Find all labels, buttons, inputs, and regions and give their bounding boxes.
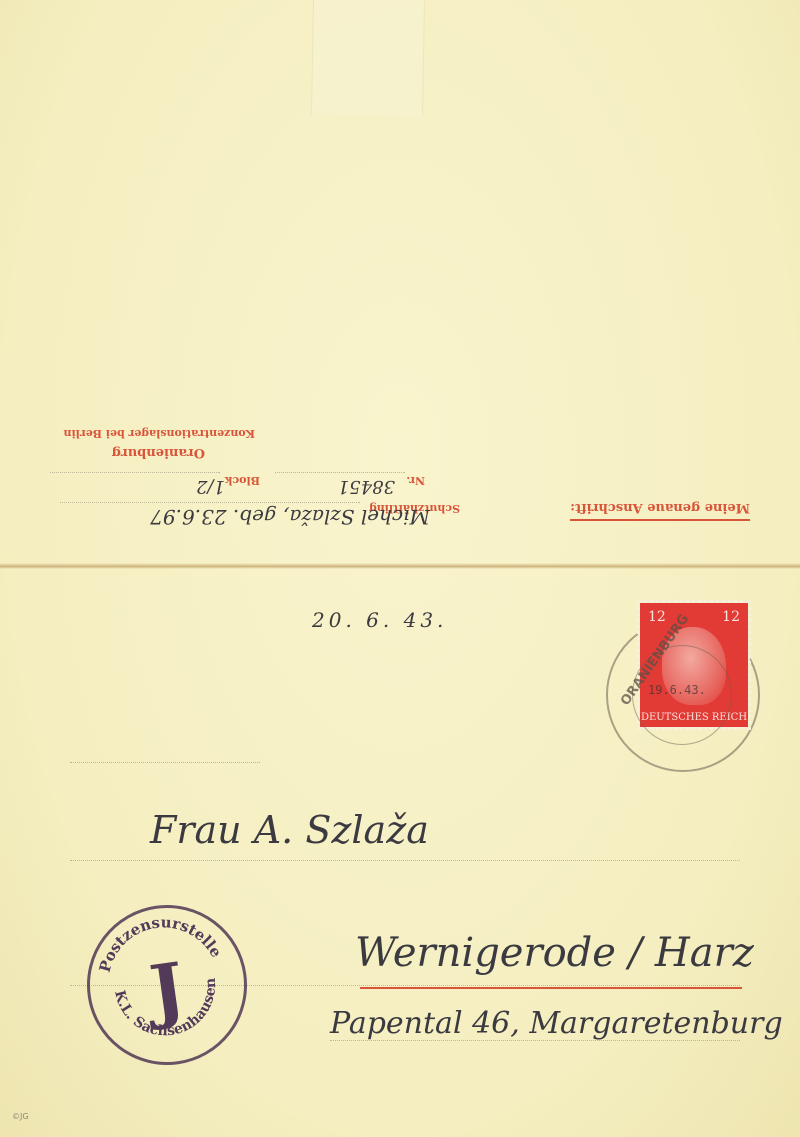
stamp-denomination-right: 12 <box>722 609 740 625</box>
stamp-denomination-left: 12 <box>648 609 666 625</box>
postcard: Meine genaue Anschrift: Schutzhäftling M… <box>0 0 800 1137</box>
address-line-1 <box>70 762 260 763</box>
address-label: Meine genaue Anschrift: <box>570 500 750 515</box>
block-label: Block <box>225 474 260 487</box>
copyright-mark: ©JG <box>12 1112 29 1121</box>
fold-crease <box>0 563 800 569</box>
censor-stamp: Postzensurstelle K.L. Sachsenhausen J <box>77 895 258 1076</box>
return-address-section: Meine genaue Anschrift: Schutzhäftling M… <box>0 0 800 563</box>
message-date: 20. 6. 43. <box>312 608 447 632</box>
prisoner-number: 38451 <box>338 476 395 497</box>
postmark-date: 19.6.43. <box>648 683 706 697</box>
block-line <box>50 472 220 473</box>
recipient-street: Papental 46, Margaretenburg <box>330 1006 783 1041</box>
prisoner-name: Michel Szlaža, geb. 23.6.97 <box>150 505 430 529</box>
address-label-rule <box>570 519 750 521</box>
number-label: Nr. <box>406 474 425 487</box>
address-line-2 <box>70 860 740 861</box>
number-line <box>275 472 405 473</box>
block-number: 1/2 <box>196 476 225 497</box>
camp-descriptor: Konzentrationslager bei Berlin <box>64 427 255 440</box>
camp-name: Oranienburg <box>112 445 205 460</box>
prisoner-line <box>60 502 360 503</box>
recipient-city: Wernigerode / Harz <box>355 930 754 976</box>
city-underline <box>360 987 742 989</box>
recipient-name: Frau A. Szlaža <box>150 808 429 852</box>
